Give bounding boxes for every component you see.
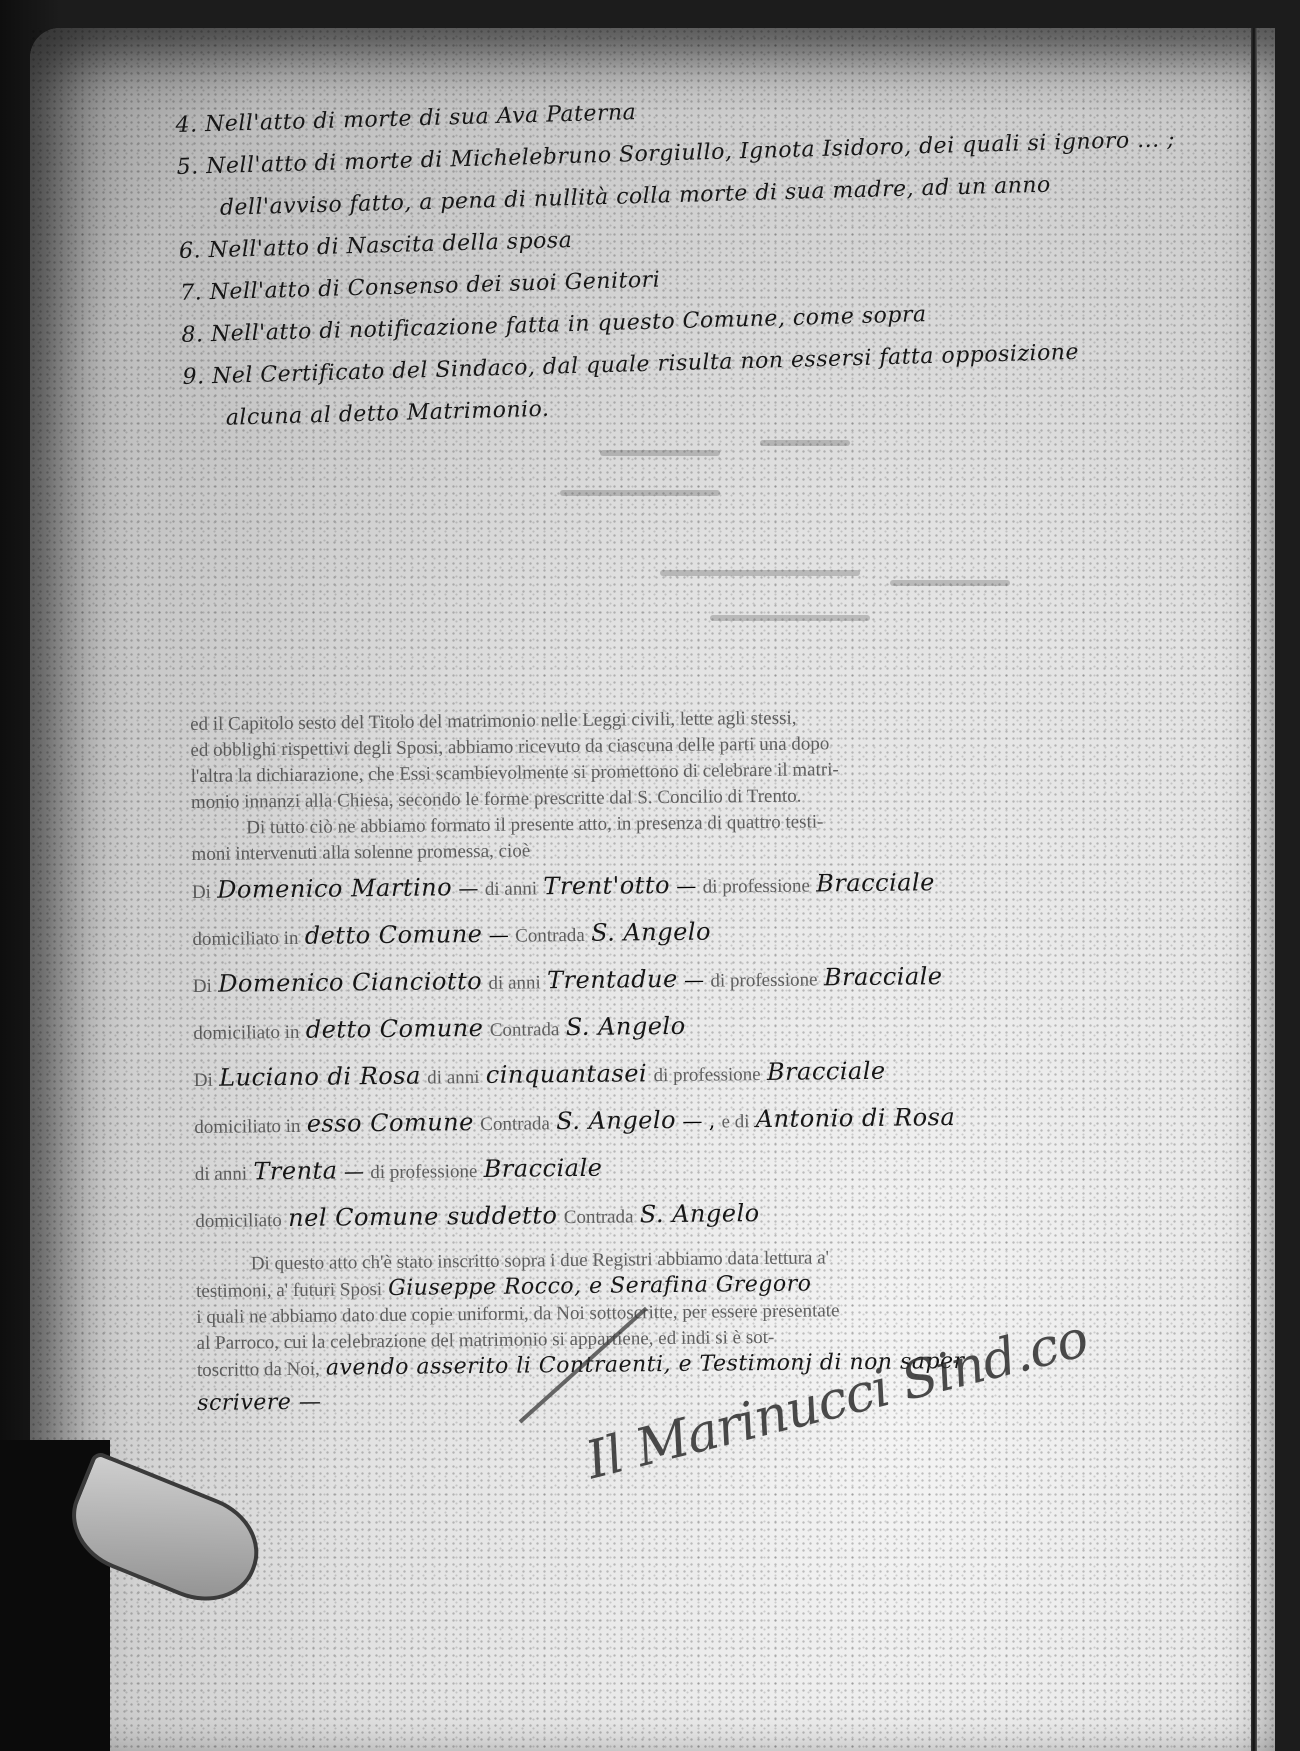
- printed-label: di professione: [710, 969, 817, 991]
- witness-profession: Bracciale: [824, 962, 943, 991]
- printed-label: domiciliato in: [193, 1022, 299, 1044]
- printed-label: di professione: [703, 876, 810, 898]
- witness-contrada: S. Angelo: [640, 1199, 760, 1228]
- printed-label: di professione: [370, 1161, 477, 1183]
- list-text: Nell'atto di morte di sua Ava Paterna: [205, 100, 637, 137]
- printed-label: domiciliato in: [192, 928, 298, 950]
- witness-residence: nel Comune suddetto: [288, 1201, 558, 1232]
- witness-age: Trenta: [253, 1156, 337, 1185]
- printed-label: domiciliato: [195, 1210, 282, 1232]
- printed-label: di anni: [427, 1067, 479, 1089]
- witness-name: Luciano di Rosa: [219, 1062, 421, 1092]
- bleed-mark: [660, 570, 860, 576]
- list-number: 9.: [182, 364, 205, 390]
- thumb-holding-page: [0, 1440, 290, 1580]
- witness-contrada: S. Angelo: [556, 1106, 676, 1135]
- witness-profession: Bracciale: [484, 1154, 603, 1183]
- list-text: Nell'atto di Nascita della sposa: [208, 228, 572, 263]
- printed-label: Contrada: [480, 1113, 550, 1135]
- witness-name: Domenico Cianciotto: [218, 967, 482, 998]
- printed-label: di professione: [653, 1064, 760, 1086]
- list-number: 5.: [176, 154, 199, 180]
- printed-label: domiciliato in: [194, 1116, 300, 1138]
- list-number: 7.: [180, 280, 203, 306]
- list-number: 8.: [181, 322, 204, 348]
- witness-name: Domenico Martino: [217, 873, 452, 903]
- witness-profession: Bracciale: [767, 1057, 886, 1086]
- printed-text: toscritto da Noi,: [197, 1359, 320, 1381]
- bleed-mark: [890, 580, 1010, 586]
- printed-form: ed il Capitolo sesto del Titolo del matr…: [190, 702, 1157, 1424]
- printed-label: di anni: [485, 878, 537, 900]
- witness-contrada: S. Angelo: [591, 918, 711, 947]
- printed-label: e di: [721, 1111, 749, 1132]
- handwritten-note: scrivere —: [197, 1390, 321, 1416]
- list-number: 4.: [175, 112, 198, 138]
- witness-residence: detto Comune: [305, 920, 483, 950]
- handwritten-list: 4. Nell'atto di morte di sua Ava Paterna…: [175, 77, 1184, 441]
- printed-label: Contrada: [564, 1206, 634, 1228]
- bleed-mark: [560, 490, 720, 496]
- printed-label: Di: [193, 976, 212, 997]
- witness-4-line-2: domiciliato nel Comune suddetto Contrada…: [195, 1187, 1155, 1244]
- list-text: Nell'atto di Consenso dei suoi Genitori: [209, 268, 660, 306]
- printed-label: di anni: [195, 1163, 247, 1185]
- bleed-mark: [600, 450, 720, 456]
- witness-age: Trent'otto: [543, 871, 670, 900]
- witness-residence: detto Comune: [306, 1014, 484, 1044]
- witness-contrada: S. Angelo: [566, 1012, 686, 1041]
- witness-age: cinquantasei: [486, 1059, 648, 1089]
- printed-label: Contrada: [515, 925, 585, 947]
- witness-age: Trentadue: [547, 965, 678, 994]
- witness-name: Antonio di Rosa: [756, 1103, 956, 1133]
- bleed-mark: [710, 615, 870, 621]
- bleed-through-marks: [560, 430, 1060, 650]
- list-text: alcuna al detto Matrimonio.: [225, 397, 549, 431]
- printed-label: Di: [194, 1070, 213, 1091]
- binding-edge: [1251, 28, 1257, 1751]
- printed-text: testimoni, a' futuri Sposi: [196, 1279, 382, 1302]
- printed-label: Contrada: [490, 1019, 560, 1041]
- spouses-names: Giuseppe Rocco, e Serafina Gregoro: [388, 1272, 812, 1301]
- witness-residence: esso Comune: [307, 1108, 474, 1138]
- list-number: 6.: [179, 238, 202, 264]
- printed-label: di anni: [488, 972, 540, 994]
- bleed-mark: [760, 440, 850, 446]
- printed-label: Di: [192, 882, 211, 903]
- witness-profession: Bracciale: [816, 868, 935, 897]
